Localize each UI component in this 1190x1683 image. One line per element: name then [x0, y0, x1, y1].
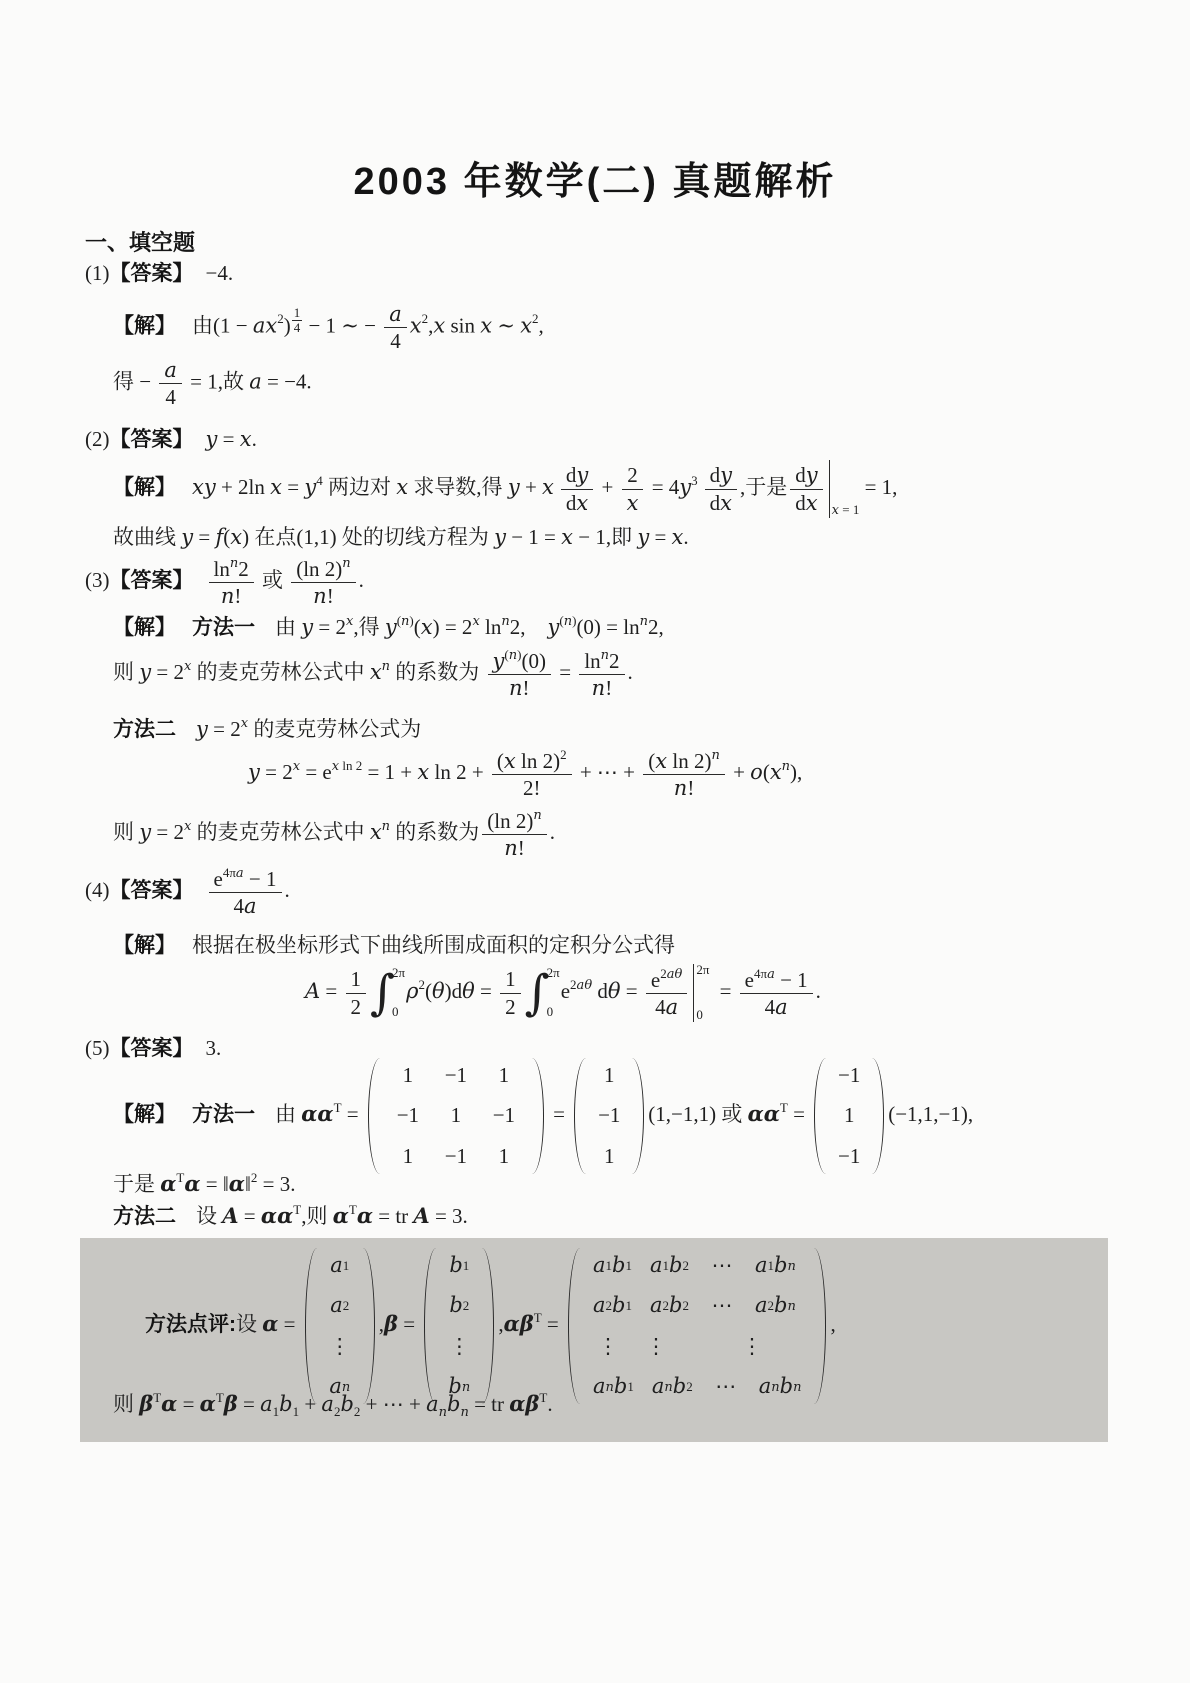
math-var: x [806, 491, 818, 515]
math-var: y [679, 475, 691, 499]
matrix-row: ⋮ [440, 1333, 478, 1360]
math-var: a [767, 967, 775, 982]
text: T [216, 1390, 224, 1405]
text: T [349, 1202, 357, 1217]
q5-method1: 【解】方法一由 ααT = 1−11−11−11−11 = 1−11(1,−1,… [113, 1058, 973, 1174]
matrix-cell: 1 [590, 1062, 628, 1089]
denominator: 2! [518, 775, 546, 800]
denominator: n! [499, 835, 530, 860]
left-paren [574, 1058, 586, 1174]
text: ! [687, 776, 694, 800]
matrix-cell: ⋯ [698, 1292, 746, 1319]
text: = [548, 1102, 570, 1126]
matrix-cell: a1b2 [641, 1252, 698, 1279]
text: ! [234, 584, 241, 608]
matrix-cell: a2b1 [584, 1292, 641, 1319]
text: = 1 [839, 502, 859, 517]
math-var: a [755, 1252, 768, 1279]
bold-label: 【答案】 [110, 569, 194, 592]
bold-label: 【解】 [113, 1103, 176, 1126]
math-var: x [410, 313, 422, 337]
text: 于是 [113, 1172, 160, 1196]
right-paren [814, 1248, 826, 1404]
text: . [285, 878, 290, 902]
math-var: n [787, 1259, 795, 1274]
fraction: dydx [705, 463, 737, 514]
math-var: n [771, 1380, 779, 1395]
lower-limit: 0 [696, 1007, 714, 1024]
bold-label: 【解】 [113, 476, 176, 499]
math-var: x [480, 313, 492, 337]
superscript: 2aθ [570, 978, 592, 992]
text: 2 [343, 1298, 350, 1313]
text: 2, [510, 615, 526, 639]
text: = [239, 1204, 261, 1228]
right-paren [532, 1058, 544, 1174]
text: 1 [463, 1258, 470, 1273]
upper-limit: 2π [696, 962, 714, 979]
text: −1 [445, 1143, 467, 1170]
matrix-cell: a2 [321, 1292, 359, 1319]
math-var: n [592, 676, 606, 700]
text: T [334, 1100, 342, 1115]
matrix-row: ⋮⋮⋮ [584, 1333, 810, 1360]
text: ! [518, 836, 525, 860]
matrix-cell: −1 [432, 1143, 480, 1170]
numerator: 1 [292, 306, 303, 321]
math-var: a [236, 866, 244, 881]
matrix-cell: ⋮ [321, 1333, 359, 1360]
text: −1 [493, 1102, 515, 1129]
fraction: (ln 2)nn! [482, 808, 546, 860]
document-page: 2003 年数学(二) 真题解析 一、填空题 (1)【答案】−4. 【解】由(1… [0, 0, 1190, 1683]
fraction: lnn2n! [579, 648, 624, 700]
matrix-row: anb1anb2⋯anbn [584, 1373, 810, 1400]
math-var: a [426, 1392, 439, 1416]
math-var: x [332, 759, 339, 774]
fraction: 12 [500, 967, 521, 1018]
math-vector: A [222, 1203, 238, 1228]
q5-method1-norm: 于是 αTα = ‖α‖2 = 3. [113, 1170, 295, 1198]
text: ln 2 + [429, 760, 489, 784]
math-vector: α [504, 1311, 520, 1336]
lower-limit: x = 1 [832, 502, 860, 520]
numerator: e2aθ [646, 967, 687, 994]
text: 或 [257, 568, 289, 592]
left-paren [424, 1248, 436, 1404]
math-var: b [612, 1252, 625, 1279]
math-var: x [192, 475, 204, 499]
math-var: b [614, 1373, 627, 1400]
text: 由 [275, 1102, 301, 1126]
matrix: −11−1 [814, 1058, 884, 1174]
numerator: (ln 2)n [291, 556, 355, 583]
fraction: e4πa − 14a [740, 967, 813, 1019]
superscript: n [382, 659, 390, 673]
matrix-cell: anb2 [643, 1373, 702, 1400]
math-var: n [342, 556, 350, 571]
text: = [193, 525, 215, 549]
text: (3) [85, 568, 110, 592]
fraction: lnn2n! [209, 556, 254, 608]
subscript: n [439, 1405, 447, 1419]
superscript: n [382, 819, 390, 833]
text: 0 [547, 1004, 554, 1019]
math-var: n [504, 836, 518, 860]
text: T [780, 1100, 788, 1115]
math-var: x [396, 475, 408, 499]
text: = 2 [208, 717, 241, 741]
subscript: n [606, 1380, 614, 1394]
fraction: (x ln 2)22! [492, 748, 572, 800]
text: 2π [392, 965, 405, 980]
denominator: n! [216, 583, 247, 608]
text: ⋯ [711, 1292, 732, 1319]
note-line-1: 方法点评:设 α = a1a2⋮an,β = b1b2⋮bn,αβT = a1b… [145, 1248, 836, 1404]
matrix-cell: −1 [384, 1102, 432, 1129]
text: ⋮ [329, 1333, 350, 1360]
math-var: y [548, 615, 560, 639]
text: 3 [691, 473, 698, 488]
text: ⋯ [711, 1252, 732, 1279]
evaluation-bar: x = 1 [829, 458, 860, 520]
left-paren [814, 1058, 826, 1174]
integral: ∫2π0 [525, 965, 560, 1021]
numerator: 1 [500, 967, 521, 993]
text: ⋯ [715, 1373, 736, 1400]
text: 的麦克劳林公式中 [191, 660, 370, 684]
math-var: n [787, 1299, 795, 1314]
text: d [710, 463, 721, 487]
text: e [745, 968, 754, 992]
fraction: a4 [384, 302, 407, 353]
math-var: a [389, 302, 402, 326]
subscript: 2 [463, 1299, 470, 1312]
matrix-row: −1 [830, 1143, 868, 1170]
text: ⋮ [645, 1333, 666, 1360]
bold-label: 【答案】 [110, 879, 194, 902]
text: −1 [445, 1062, 467, 1089]
numerator: dy [561, 463, 593, 489]
math-var: x [720, 491, 732, 515]
text: 由 [275, 615, 301, 639]
superscript: n [640, 614, 648, 628]
superscript: T [153, 1391, 161, 1404]
math-var: y [206, 427, 218, 451]
text: 则 [113, 660, 139, 684]
matrix-row: 1−11 [384, 1062, 528, 1089]
superscript: T [334, 1101, 342, 1114]
math-var: θ [584, 978, 592, 993]
text: ) = 2 [433, 615, 473, 639]
denominator: 4 [160, 384, 181, 409]
matrix-row: −1 [830, 1062, 868, 1089]
math-var: n [313, 584, 327, 608]
text: T [153, 1390, 161, 1405]
matrix-row: ⋮ [321, 1333, 359, 1360]
math-var: n [509, 648, 517, 663]
matrix-cell: ⋮ [728, 1333, 776, 1360]
denominator: n! [669, 775, 700, 800]
text: ( [497, 749, 504, 773]
math-var: x [504, 749, 516, 773]
math-vector: α [161, 1391, 177, 1416]
matrix-row: 1 [590, 1062, 628, 1089]
text: (2) [85, 427, 110, 451]
text: + [299, 1392, 321, 1416]
denominator: 2 [500, 994, 521, 1019]
subscript: n [793, 1380, 801, 1394]
superscript: x [241, 716, 248, 730]
text: 3. [206, 1036, 222, 1060]
text: 4 [233, 894, 244, 918]
right-paren [363, 1248, 375, 1404]
matrix-cell: anbn [750, 1373, 811, 1400]
text: + [520, 475, 542, 499]
text: d [566, 491, 577, 515]
text: 1 [403, 1062, 414, 1089]
fraction: 14 [292, 306, 303, 334]
text: (5) [85, 1036, 110, 1060]
text: ∼ [492, 313, 520, 337]
text: 0 [696, 1007, 703, 1022]
text: . [550, 820, 555, 844]
subscript: 2 [343, 1299, 350, 1312]
text: 1 [499, 1062, 510, 1089]
bold-label: 【解】 [113, 314, 176, 337]
text: 4 [655, 995, 666, 1019]
text: ln 2) [667, 749, 711, 773]
text: 4 [390, 329, 401, 353]
matrix-cell: 1 [830, 1102, 868, 1129]
bold-label: 方法二 [113, 1205, 176, 1228]
math-var: x [472, 614, 479, 629]
text: (ln 2) [296, 557, 342, 581]
bold-label: 方法一 [192, 616, 255, 639]
fraction: a4 [159, 358, 182, 409]
matrix-body: −11−1 [826, 1058, 872, 1174]
math-var: a [164, 358, 177, 382]
math-var: x [241, 716, 248, 731]
math-var: a [759, 1373, 772, 1400]
text: + [596, 475, 618, 499]
denominator: 4 [292, 321, 303, 335]
text: 2 [463, 1298, 470, 1313]
math-var: a [249, 369, 262, 393]
math-var: y [248, 760, 260, 784]
math-vector: α [333, 1203, 349, 1228]
math-var: x [520, 313, 532, 337]
text: + [728, 760, 750, 784]
matrix-cell: anb1 [584, 1373, 643, 1400]
text: = [320, 979, 342, 1003]
text: ln 2) [516, 749, 560, 773]
math-var: n [640, 614, 648, 629]
text: − 1 ∼ − [303, 313, 381, 337]
text: = 2 [260, 760, 293, 784]
text: = 1 + [362, 760, 417, 784]
math-vector: α [277, 1203, 293, 1228]
text: 1 [403, 1143, 414, 1170]
math-var: y [720, 463, 732, 487]
text: = 3. [430, 1204, 468, 1228]
denominator: 4a [760, 994, 793, 1019]
matrix-row: a1b1a1b2⋯a1bn [584, 1252, 810, 1279]
text: = [177, 1392, 199, 1416]
text: . [359, 568, 364, 592]
q1-answer: (1)【答案】−4. [85, 260, 233, 287]
q4-integral-line: A = 12∫2π0ρ2(θ)dθ = 12∫2π0e2aθ dθ = e2aθ… [305, 962, 821, 1024]
math-var: θ [674, 967, 682, 982]
math-var: x [230, 525, 242, 549]
subscript: n [771, 1380, 779, 1394]
text: (1,−1,1) 或 [648, 1102, 747, 1126]
math-var: x [576, 491, 588, 515]
superscript: (n) [504, 648, 521, 662]
text: = [554, 660, 576, 684]
text: (−1,1,−1), [888, 1102, 973, 1126]
bar-limits: 2π0 [696, 962, 714, 1024]
superscript: 14 [291, 306, 304, 334]
text: = 2 [151, 660, 184, 684]
text: 1 [627, 1379, 634, 1394]
text: 4π [223, 865, 236, 880]
superscript: n [501, 614, 509, 628]
superscript: 2 [560, 748, 567, 761]
matrix-row: 1−11 [384, 1143, 528, 1170]
text: e [561, 979, 570, 1003]
text: 2 [627, 463, 638, 487]
matrix-row: 1 [830, 1102, 868, 1129]
matrix-cell: ⋮ [440, 1333, 478, 1360]
math-vector: α [317, 1101, 333, 1126]
superscript: T [216, 1391, 224, 1404]
denominator: 4 [385, 328, 406, 353]
numerator: lnn2 [209, 556, 254, 583]
text: = 2 [313, 615, 346, 639]
superscript: x [293, 759, 300, 773]
math-var: n [606, 1380, 614, 1395]
text: = −4. [262, 369, 312, 393]
math-var: a [650, 1292, 663, 1319]
math-var: n [601, 648, 609, 663]
numerator: lnn2 [579, 648, 624, 675]
text: = [398, 1312, 420, 1336]
matrix-row: 1 [590, 1143, 628, 1170]
text: 4π [754, 966, 767, 981]
denominator: n! [504, 675, 535, 700]
matrix-cell: a1 [321, 1252, 359, 1279]
text: − 1 [775, 968, 808, 992]
matrix-cell: b2 [440, 1292, 478, 1319]
math-var: a [593, 1373, 606, 1400]
text: = [714, 979, 736, 1003]
text: ln [214, 557, 230, 581]
math-vector: α [301, 1101, 317, 1126]
math-var: n [664, 1380, 672, 1395]
text: = e [300, 760, 332, 784]
text: 2! [523, 776, 541, 800]
math-var: x [270, 475, 282, 499]
q3-method2-formula: y = 2x = ex ln 2 = 1 + x ln 2 + (x ln 2)… [248, 748, 802, 800]
math-vector: β [525, 1391, 539, 1416]
text: 2π [696, 962, 709, 977]
text: . [816, 979, 821, 1003]
math-var: b [774, 1252, 787, 1279]
matrix-cell: 1 [384, 1143, 432, 1170]
fraction: y(n)(0)n! [488, 648, 551, 700]
math-var: θ [432, 979, 445, 1003]
text: −1 [397, 1102, 419, 1129]
text: = 3. [257, 1172, 295, 1196]
matrix-cell: −1 [432, 1062, 480, 1089]
left-paren [305, 1248, 317, 1404]
text: e [651, 968, 660, 992]
text: ⋮ [741, 1333, 762, 1360]
superscript: x ln 2 [332, 759, 362, 773]
math-var: y [196, 717, 208, 741]
math-var: n [793, 1380, 801, 1395]
text: ,得 [353, 615, 385, 639]
q1-solution-1: 【解】由(1 − ax2)14 − 1 ∼ − a4x2,x sin x ∼ x… [113, 302, 544, 353]
superscript: n [782, 759, 790, 773]
q3-method1-coef: 则 y = 2x 的麦克劳林公式中 xn 的系数为 y(n)(0)n! = ln… [113, 648, 633, 700]
math-vector: β [224, 1391, 238, 1416]
superscript: 2aθ [660, 967, 682, 981]
text: 的麦克劳林公式为 [248, 717, 421, 741]
text: ( [763, 760, 770, 784]
math-var: x [417, 760, 429, 784]
text: 1 [505, 967, 516, 991]
text: 的麦克劳林公式中 [191, 820, 370, 844]
text: 1 [343, 1258, 350, 1273]
math-var: b [780, 1373, 793, 1400]
matrix: 1−11 [574, 1058, 644, 1174]
text: 的系数为 [390, 820, 479, 844]
text: 由(1 − [192, 313, 253, 337]
text: , [539, 313, 544, 337]
text: −1 [598, 1102, 620, 1129]
text: 两边对 [323, 475, 397, 499]
text: ! [605, 676, 612, 700]
denominator: dx [790, 490, 822, 515]
text: 2, [648, 615, 664, 639]
text: − 1 [244, 867, 277, 891]
text: 2π [547, 965, 560, 980]
text: 2 [238, 557, 249, 581]
text: ) [284, 313, 291, 337]
denominator: 4a [650, 994, 683, 1019]
matrix-cell: 1 [480, 1062, 528, 1089]
text: 1 [625, 1298, 632, 1313]
denominator: dx [561, 490, 593, 515]
text: 2 [682, 1298, 689, 1313]
text: d [710, 491, 721, 515]
text: d [795, 463, 806, 487]
text: ! [327, 584, 334, 608]
denominator: 2 [346, 994, 367, 1019]
text: ,则 [301, 1204, 333, 1228]
text: 1 [451, 1102, 462, 1129]
math-var: a [652, 1373, 665, 1400]
math-var: n [711, 748, 719, 763]
math-var: y [204, 475, 216, 499]
matrix-row: a1 [321, 1252, 359, 1279]
matrix-cell: −1 [830, 1143, 868, 1170]
math-var: n [382, 659, 390, 674]
text: − 1,即 [573, 525, 637, 549]
math-var: x [370, 820, 382, 844]
